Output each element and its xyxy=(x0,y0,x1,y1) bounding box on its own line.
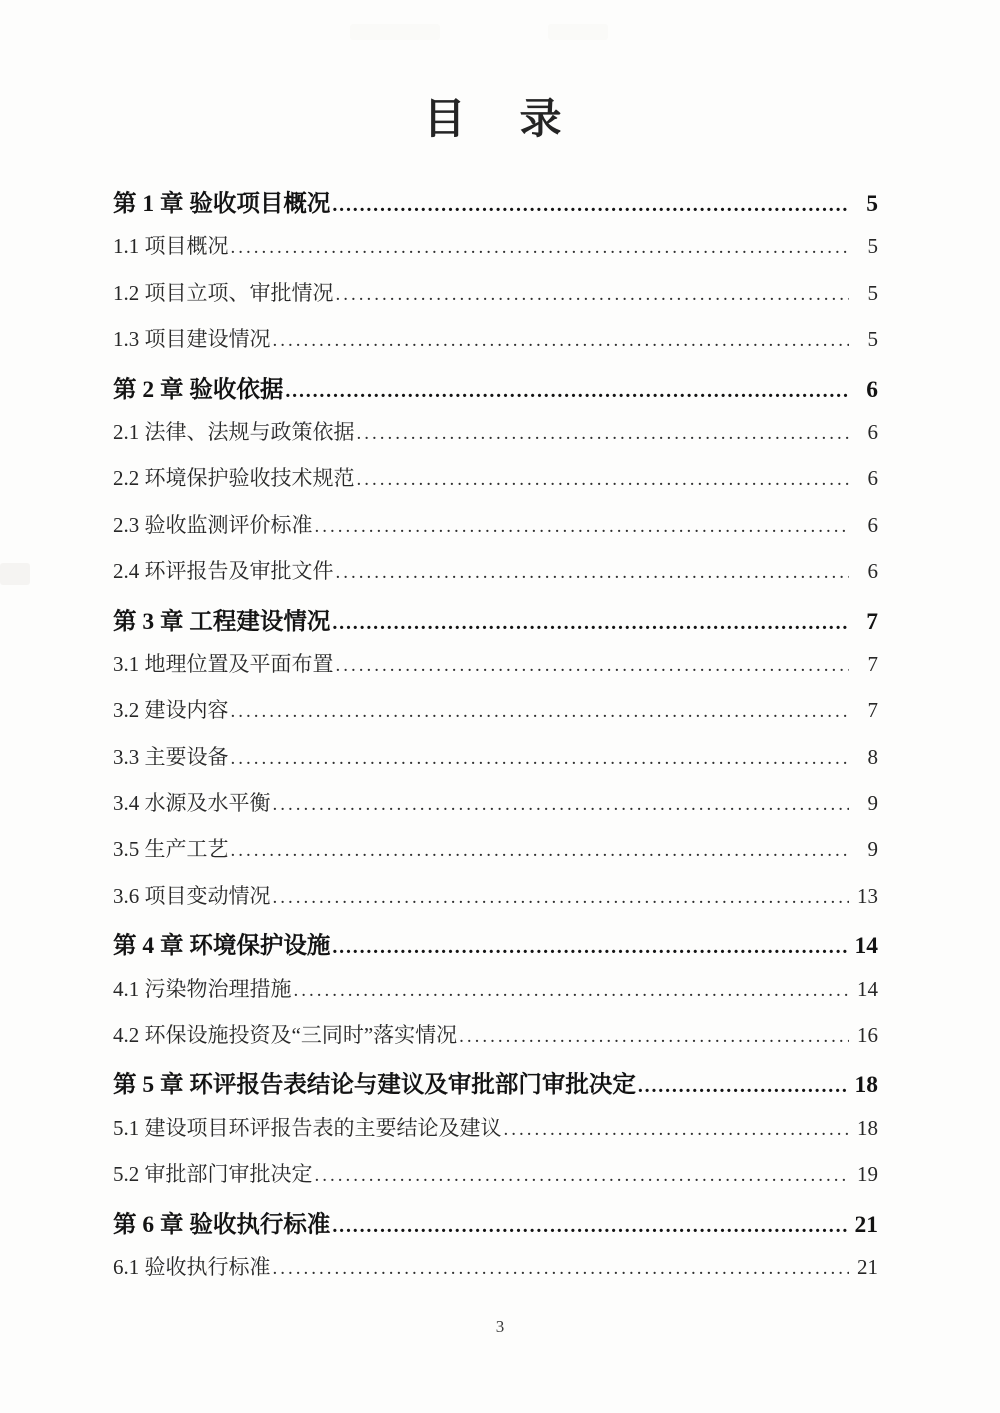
scan-artifact xyxy=(548,24,608,40)
toc-entry: 1.2 项目立项、审批情况 ..........................… xyxy=(113,266,878,312)
toc-entry-label: 3.3 主要设备 xyxy=(113,741,229,771)
toc-leader-dots: ........................................… xyxy=(357,469,850,491)
toc-leader-dots: ........................................… xyxy=(336,284,850,306)
toc-entry: 1.3 项目建设情况 .............................… xyxy=(113,312,878,358)
toc-entry-page: 7 xyxy=(852,609,878,636)
toc-entry-page: 18 xyxy=(852,1072,878,1099)
toc-entry-page: 9 xyxy=(852,837,878,862)
toc-entry-page: 5 xyxy=(852,327,878,352)
toc-entry-label: 3.5 生产工艺 xyxy=(113,833,229,863)
toc-entry-page: 6 xyxy=(852,559,878,584)
toc-entry-page: 6 xyxy=(852,420,878,445)
toc-entry: 第 2 章 验收依据 .............................… xyxy=(113,359,878,405)
toc-leader-dots: ........................................… xyxy=(504,1119,850,1141)
toc-leader-dots: ........................................… xyxy=(332,936,849,959)
toc-entry: 3.3 主要设备 ...............................… xyxy=(113,730,878,776)
toc-entry: 第 5 章 环评报告表结论与建议及审批部门审批决定 ..............… xyxy=(113,1054,878,1100)
toc-entry-label: 第 2 章 验收依据 xyxy=(113,370,283,404)
toc-entry-label: 3.2 建设内容 xyxy=(113,694,229,724)
toc-entry-page: 14 xyxy=(852,933,878,960)
toc-leader-dots: ........................................… xyxy=(459,1026,849,1048)
toc-entry-label: 1.2 项目立项、审批情况 xyxy=(113,277,334,307)
toc-entry: 3.6 项目变动情况 .............................… xyxy=(113,869,878,915)
toc-entry-page: 5 xyxy=(852,234,878,259)
toc-entry-label: 2.4 环评报告及审批文件 xyxy=(113,555,334,585)
toc-entry-label: 6.1 验收执行标准 xyxy=(113,1251,271,1281)
toc-leader-dots: ........................................… xyxy=(294,980,850,1002)
toc-entry: 2.1 法律、法规与政策依据 .........................… xyxy=(113,405,878,451)
toc-entry-page: 9 xyxy=(852,791,878,816)
toc-entry-label: 第 5 章 环评报告表结论与建议及审批部门审批决定 xyxy=(113,1065,636,1099)
toc-entry-label: 第 3 章 工程建设情况 xyxy=(113,602,330,636)
toc-leader-dots: ........................................… xyxy=(336,562,850,584)
scan-artifact xyxy=(350,24,440,40)
toc-entry: 3.2 建设内容 ...............................… xyxy=(113,683,878,729)
toc-leader-dots: ........................................… xyxy=(332,194,849,217)
toc-entry-label: 2.1 法律、法规与政策依据 xyxy=(113,416,355,446)
toc-leader-dots: ........................................… xyxy=(315,516,850,538)
toc-entry-page: 6 xyxy=(852,513,878,538)
toc-entry-page: 19 xyxy=(852,1162,878,1187)
toc-leader-dots: ........................................… xyxy=(315,1165,850,1187)
toc-entry: 第 4 章 环境保护设施 ...........................… xyxy=(113,915,878,961)
toc-entry-page: 16 xyxy=(852,1023,878,1048)
toc-entry: 第 3 章 工程建设情况 ...........................… xyxy=(113,591,878,637)
toc-entry-label: 5.2 审批部门审批决定 xyxy=(113,1158,313,1188)
toc-entry: 3.1 地理位置及平面布置 ..........................… xyxy=(113,637,878,683)
toc-list: 第 1 章 验收项目概况 ...........................… xyxy=(113,173,878,1286)
toc-leader-dots: ........................................… xyxy=(332,1215,849,1238)
toc-entry: 5.2 审批部门审批决定 ...........................… xyxy=(113,1147,878,1193)
document-page: 目 录 第 1 章 验收项目概况 .......................… xyxy=(0,0,1000,1413)
toc-leader-dots: ........................................… xyxy=(357,423,850,445)
toc-leader-dots: ........................................… xyxy=(638,1075,849,1098)
toc-entry-label: 1.1 项目概况 xyxy=(113,230,229,260)
toc-entry-label: 3.1 地理位置及平面布置 xyxy=(113,648,334,678)
toc-entry-label: 2.3 验收监测评价标准 xyxy=(113,509,313,539)
toc-entry: 3.5 生产工艺 ...............................… xyxy=(113,822,878,868)
toc-entry-page: 21 xyxy=(852,1255,878,1280)
toc-entry-page: 5 xyxy=(852,281,878,306)
toc-entry-label: 第 4 章 环境保护设施 xyxy=(113,926,330,960)
toc-entry-page: 18 xyxy=(852,1116,878,1141)
toc-leader-dots: ........................................… xyxy=(231,701,850,723)
toc-entry-label: 3.4 水源及水平衡 xyxy=(113,787,271,817)
toc-leader-dots: ........................................… xyxy=(332,612,849,635)
toc-entry-page: 6 xyxy=(852,377,878,404)
toc-entry-label: 5.1 建设项目环评报告表的主要结论及建议 xyxy=(113,1112,502,1142)
toc-entry-page: 6 xyxy=(852,466,878,491)
toc-entry: 6.1 验收执行标准 .............................… xyxy=(113,1240,878,1286)
toc-entry-label: 4.1 污染物治理措施 xyxy=(113,973,292,1003)
page-number: 3 xyxy=(0,1317,1000,1337)
toc-entry-page: 7 xyxy=(852,698,878,723)
toc-title: 目 录 xyxy=(113,96,878,144)
toc-entry: 2.2 环境保护验收技术规范 .........................… xyxy=(113,451,878,497)
toc-entry: 1.1 项目概况 ...............................… xyxy=(113,219,878,265)
toc-entry-page: 7 xyxy=(852,652,878,677)
toc-entry-label: 1.3 项目建设情况 xyxy=(113,323,271,353)
toc-entry: 4.1 污染物治理措施 ............................… xyxy=(113,962,878,1008)
toc-leader-dots: ........................................… xyxy=(231,840,850,862)
toc-entry: 第 6 章 验收执行标准 ...........................… xyxy=(113,1194,878,1240)
toc-leader-dots: ........................................… xyxy=(231,237,850,259)
scan-artifact xyxy=(0,563,30,585)
toc-entry-page: 8 xyxy=(852,745,878,770)
toc-entry-page: 13 xyxy=(852,884,878,909)
toc-leader-dots: ........................................… xyxy=(231,748,850,770)
toc-entry: 4.2 环保设施投资及“三同时”落实情况 ...................… xyxy=(113,1008,878,1054)
toc-leader-dots: ........................................… xyxy=(273,1258,850,1280)
toc-entry: 5.1 建设项目环评报告表的主要结论及建议 ..................… xyxy=(113,1101,878,1147)
toc-leader-dots: ........................................… xyxy=(285,380,849,403)
toc-entry-page: 14 xyxy=(852,977,878,1002)
toc-entry-label: 4.2 环保设施投资及“三同时”落实情况 xyxy=(113,1019,457,1049)
toc-leader-dots: ........................................… xyxy=(273,330,850,352)
toc-entry: 第 1 章 验收项目概况 ...........................… xyxy=(113,173,878,219)
toc-entry: 3.4 水源及水平衡 .............................… xyxy=(113,776,878,822)
toc-entry: 2.3 验收监测评价标准 ...........................… xyxy=(113,498,878,544)
toc-leader-dots: ........................................… xyxy=(273,887,850,909)
toc-entry-page: 21 xyxy=(852,1212,878,1239)
toc-entry: 2.4 环评报告及审批文件 ..........................… xyxy=(113,544,878,590)
toc-entry-label: 2.2 环境保护验收技术规范 xyxy=(113,462,355,492)
toc-entry-label: 第 1 章 验收项目概况 xyxy=(113,184,330,218)
toc-entry-label: 3.6 项目变动情况 xyxy=(113,880,271,910)
toc-leader-dots: ........................................… xyxy=(273,794,850,816)
toc-entry-page: 5 xyxy=(852,191,878,218)
toc-entry-label: 第 6 章 验收执行标准 xyxy=(113,1205,330,1239)
toc-leader-dots: ........................................… xyxy=(336,655,850,677)
